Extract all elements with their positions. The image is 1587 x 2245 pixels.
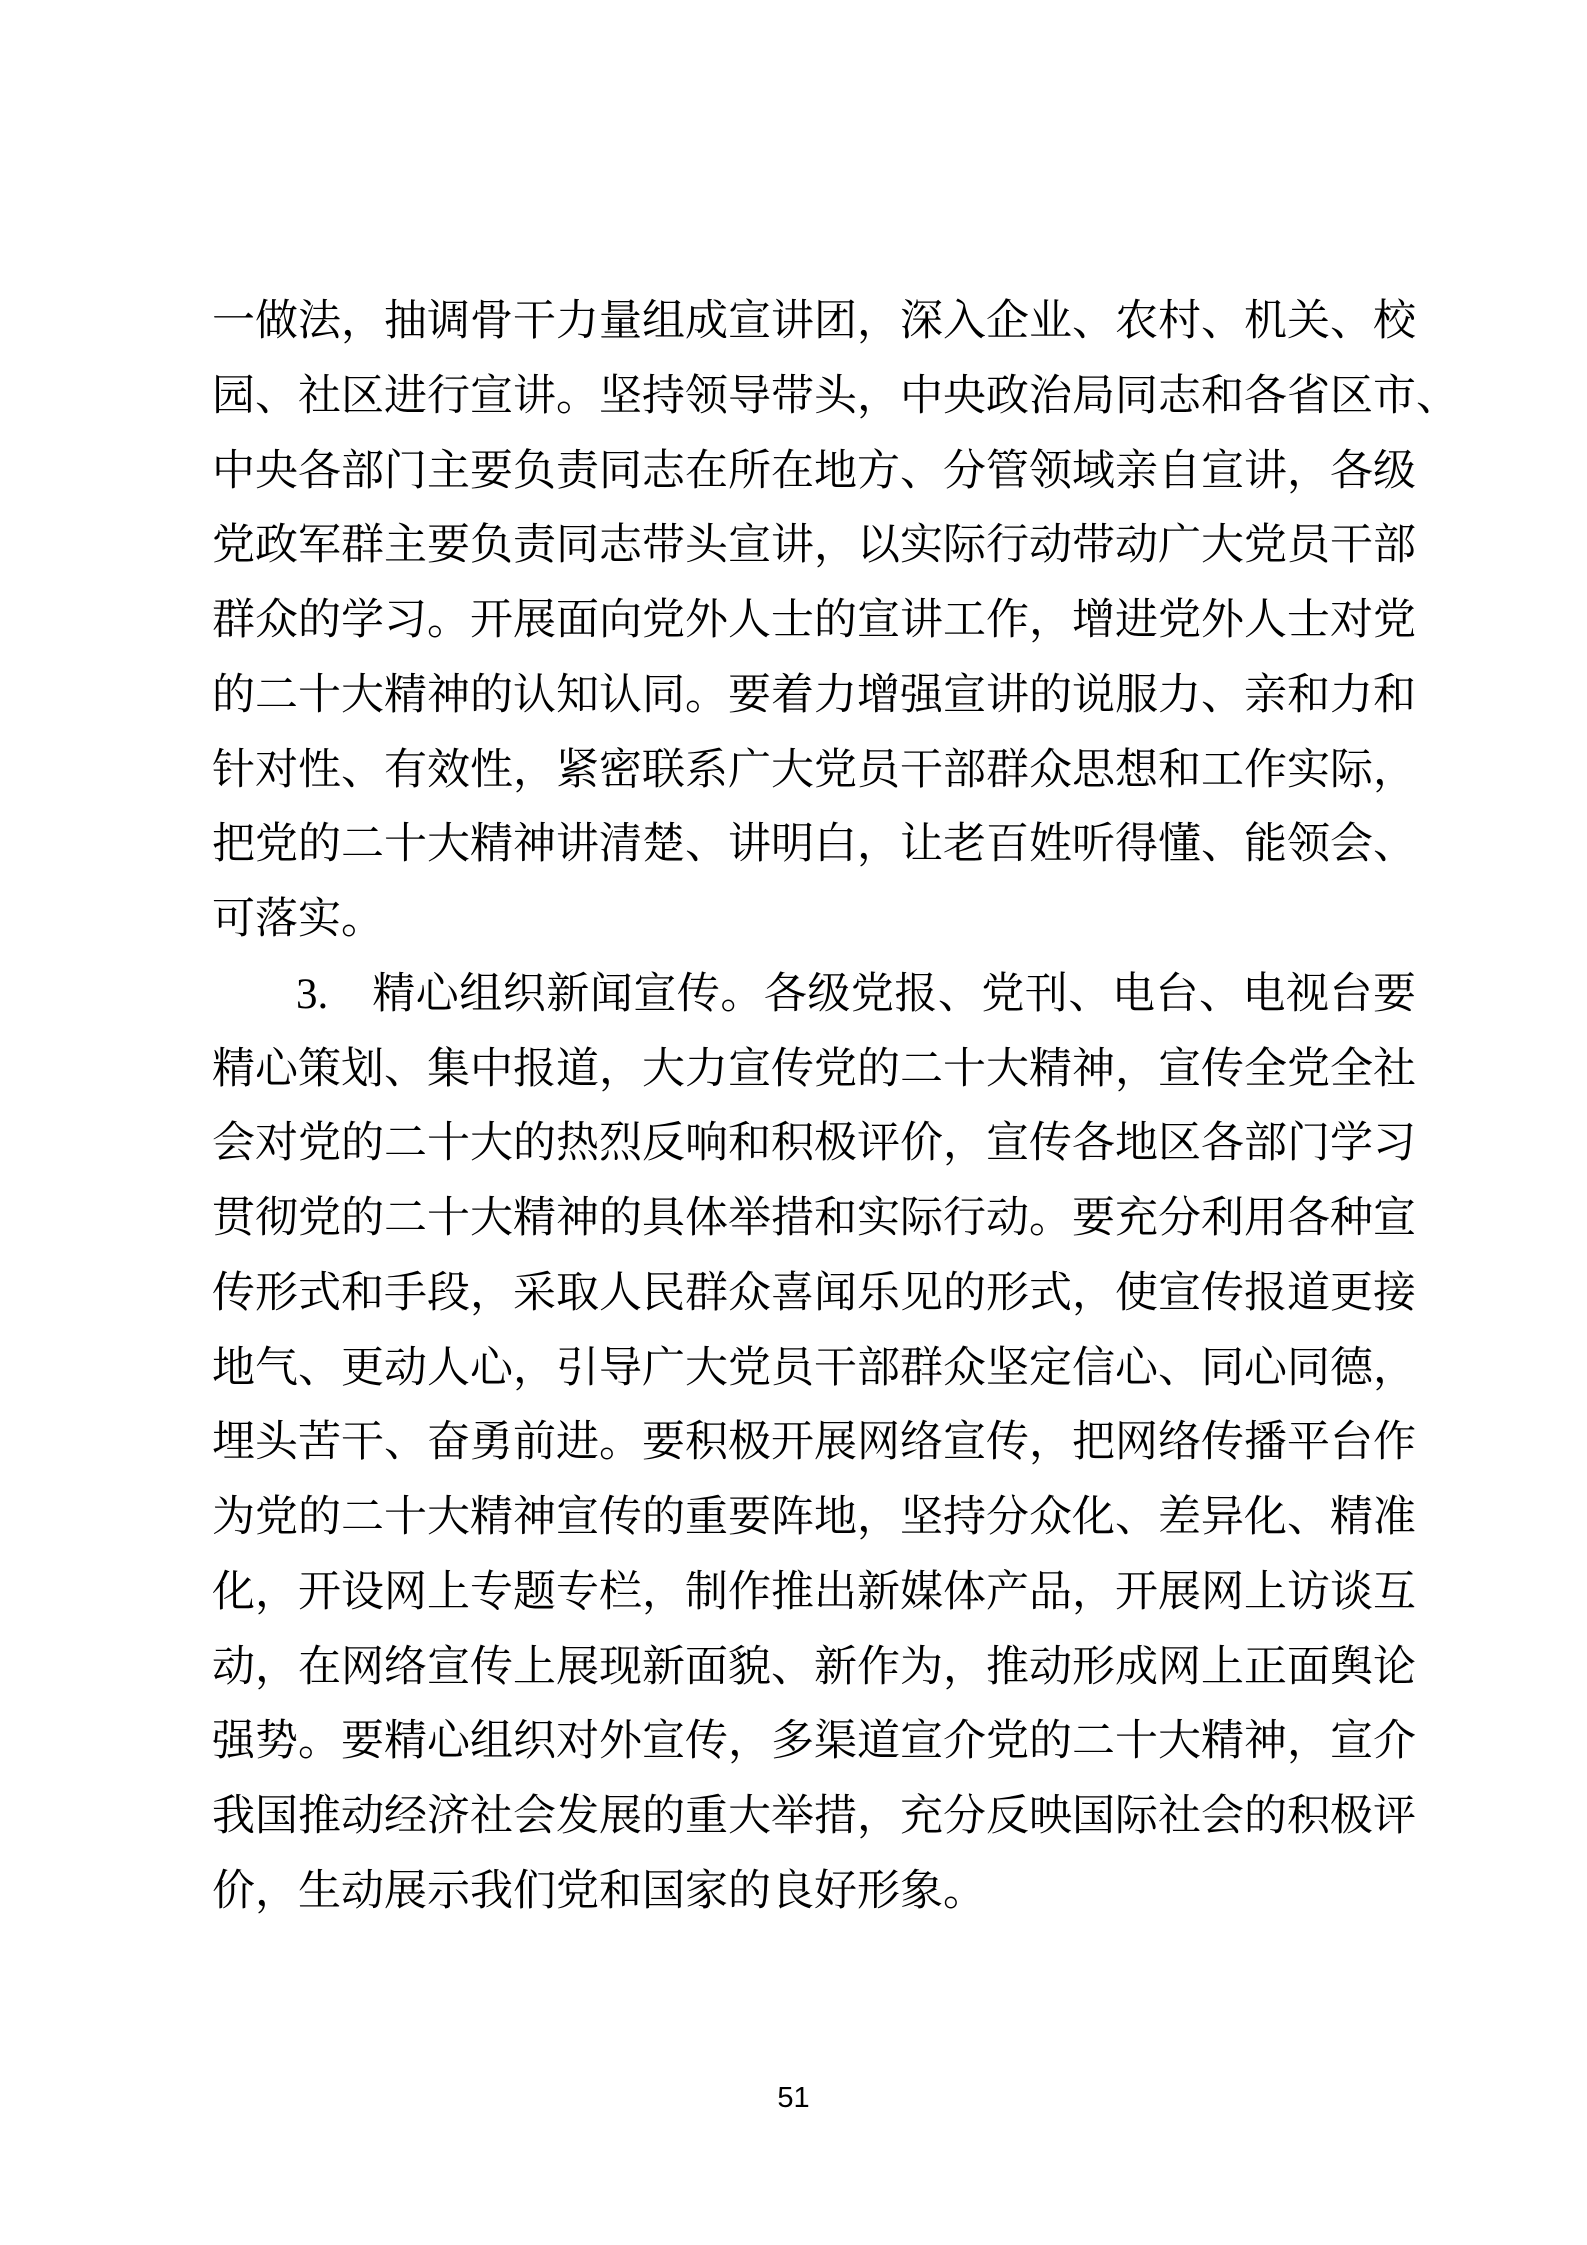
text-line: 埋头苦干、奋勇前进。要积极开展网络宣传，把网络传播平台作 [212, 1406, 1416, 1481]
text-line: 价，生动展示我们党和国家的良好形象。 [212, 1855, 1416, 1930]
text-line: 强势。要精心组织对外宣传，多渠道宣介党的二十大精神，宣介 [212, 1705, 1416, 1780]
text-line: 化，开设网上专题专栏，制作推出新媒体产品，开展网上访谈互 [212, 1556, 1416, 1631]
body-paragraph: 3. 精心组织新闻宣传。各级党报、党刊、电台、电视台要 精心策划、集中报道，大力… [212, 958, 1416, 1930]
text-line: 党政军群主要负责同志带头宣讲，以实际行动带动广大党员干部 [212, 509, 1416, 584]
text-line: 园、社区进行宣讲。坚持领导带头，中央政治局同志和各省区市、 [212, 360, 1416, 435]
text-line: 的二十大精神的认知认同。要着力增强宣讲的说服力、亲和力和 [212, 659, 1416, 734]
document-body: 一做法，抽调骨干力量组成宣讲团，深入企业、农村、机关、校 园、社区进行宣讲。坚持… [212, 285, 1416, 1930]
document-page: 一做法，抽调骨干力量组成宣讲团，深入企业、农村、机关、校 园、社区进行宣讲。坚持… [0, 0, 1587, 2245]
page-footer: 51 [0, 2082, 1587, 2114]
text-line: 把党的二十大精神讲清楚、讲明白，让老百姓听得懂、能领会、 [212, 808, 1416, 883]
text-line: 我国推动经济社会发展的重大举措，充分反映国际社会的积极评 [212, 1780, 1416, 1855]
text-line: 贯彻党的二十大精神的具体举措和实际行动。要充分利用各种宣 [212, 1182, 1416, 1257]
text-line: 会对党的二十大的热烈反响和积极评价，宣传各地区各部门学习 [212, 1107, 1416, 1182]
text-line: 3. 精心组织新闻宣传。各级党报、党刊、电台、电视台要 [212, 958, 1416, 1033]
text-line: 地气、更动人心，引导广大党员干部群众坚定信心、同心同德， [212, 1332, 1416, 1407]
text-line: 中央各部门主要负责同志在所在地方、分管领域亲自宣讲，各级 [212, 435, 1416, 510]
page-number: 51 [777, 2082, 809, 2114]
body-paragraph: 一做法，抽调骨干力量组成宣讲团，深入企业、农村、机关、校 园、社区进行宣讲。坚持… [212, 285, 1416, 958]
text-line: 为党的二十大精神宣传的重要阵地，坚持分众化、差异化、精准 [212, 1481, 1416, 1556]
text-line: 传形式和手段，采取人民群众喜闻乐见的形式，使宣传报道更接 [212, 1257, 1416, 1332]
text-line: 群众的学习。开展面向党外人士的宣讲工作，增进党外人士对党 [212, 584, 1416, 659]
text-line: 可落实。 [212, 883, 1416, 958]
text-line: 针对性、有效性，紧密联系广大党员干部群众思想和工作实际， [212, 734, 1416, 809]
text-line: 动，在网络宣传上展现新面貌、新作为，推动形成网上正面舆论 [212, 1631, 1416, 1706]
text-line: 一做法，抽调骨干力量组成宣讲团，深入企业、农村、机关、校 [212, 285, 1416, 360]
text-line: 精心策划、集中报道，大力宣传党的二十大精神，宣传全党全社 [212, 1033, 1416, 1108]
